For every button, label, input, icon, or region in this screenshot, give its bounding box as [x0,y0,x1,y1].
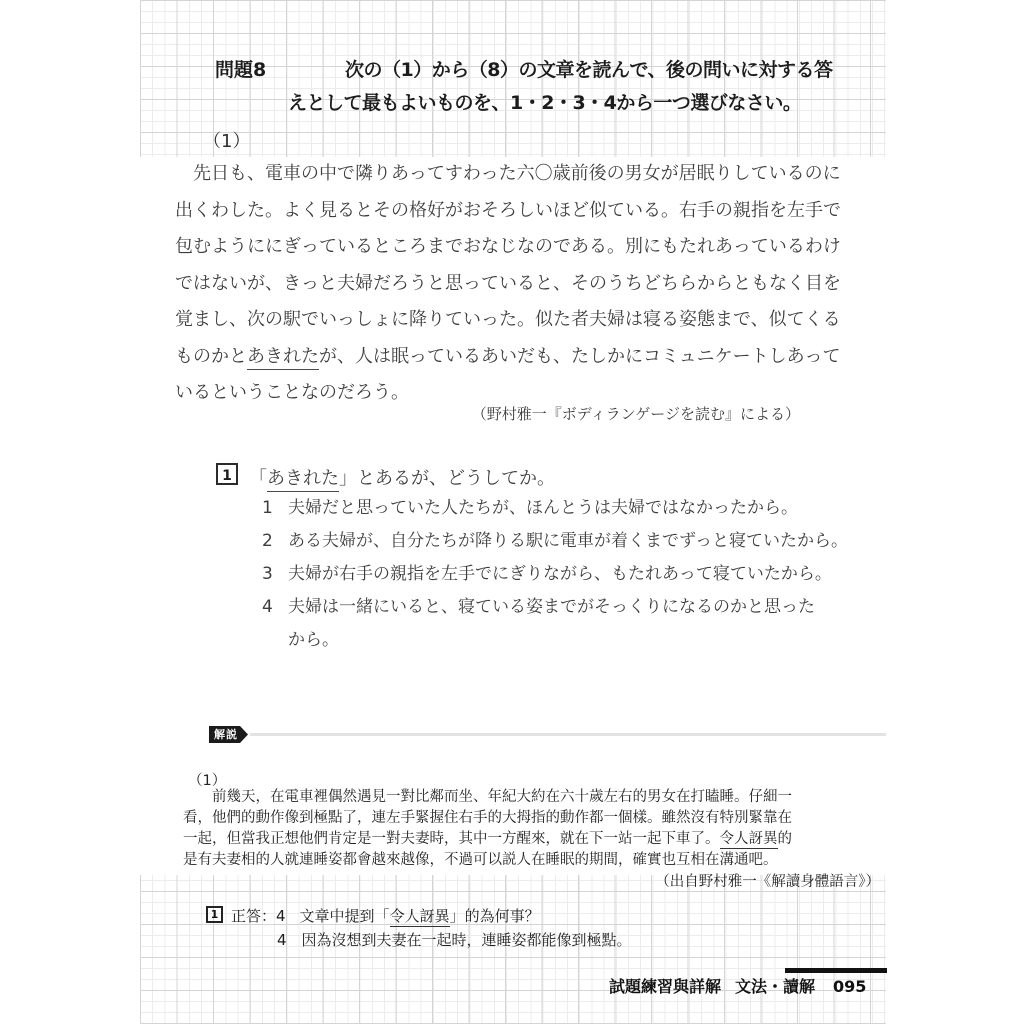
explanation-text-segment: 的 [778,831,793,847]
option-row-1: 1夫婦だと思っていた人たちが、ほんとうは夫婦ではなかったから。 [262,492,848,525]
underlined-keyword: あきれた [267,468,339,492]
textbook-page: 問題8 次の（1）から（8）の文章を読んで、後の問いに対する答 えとして最もよい… [0,0,1024,1024]
passage-line: ではないが、きっと夫婦だろうと思っていると、そのうちどちらからともなく目を [175,266,855,303]
correct-answer-label: 正答：4 [231,907,286,925]
option-number: 3 [262,558,288,591]
explanation-text-segment: 一起，但當我正想他們肯定是一對夫妻時，其中一方醒來，就在下一站一起下車了。 [183,831,720,847]
option-number: 2 [262,525,288,558]
option-text: ある夫婦が、自分たちが降りる駅に電車が着くまでずっと寝ていたから。 [288,531,848,551]
explanation-attribution: （出自野村雅一《解讀身體語言》） [655,870,880,891]
passage-text: ものかと [175,346,247,367]
instruction-line-2: えとして最もよいものを、1・2・3・4から一つ選びなさい。 [288,88,801,115]
passage-section-label: （1） [203,127,250,153]
option-4-continuation: から。 [262,624,848,657]
passage-line: 包むようににぎっているところまでおなじなのである。別にもたれあっているわけ [175,229,855,266]
explanation-line: 前幾天，在電車裡偶然遇見一對比鄰而坐、年紀大約在六十歲左右的男女在打瞌睡。仔細一 [183,787,823,808]
passage-line: 出くわした。よく見るとその格好がおそろしいほど似ている。右手の親指を左手で [175,193,855,230]
option-row-3: 3夫婦が右手の親指を左手でにぎりながら、もたれあって寝ていたから。 [262,558,848,591]
instruction-line-1: 次の（1）から（8）の文章を読んで、後の問いに対する答 [345,55,833,82]
explanation-badge: 解説 [209,726,248,743]
option-text: 夫婦だと思っていた人たちが、ほんとうは夫婦ではなかったから。 [288,498,798,518]
passage-line: 先日も、電車の中で隣りあってすわった六〇歳前後の男女が居眠りしているのに [175,156,855,193]
answer-detail: 4 因為沒想到夫妻在一起時，連睡姿都能像到極點。 [277,929,632,950]
answer-line: 正答：4文章中提到「令人訝異」的為何事？ [231,905,540,926]
answer-options: 1夫婦だと思っていた人たちが、ほんとうは夫婦ではなかったから。 2ある夫婦が、自… [262,492,848,657]
page-edge-bar [785,968,887,973]
explanation-divider-line [250,733,886,736]
question-text: 「 [249,468,267,489]
underlined-keyword: 令人訝異 [720,831,778,849]
passage-line: 覚まし、次の駅でいっしょに降りていった。似た者夫婦は寝る姿態まで、似てくる [175,302,855,339]
explanation-line: 是有夫妻相的人就連睡姿都會越來越像，不過可以説人在睡眠的期間，確實也互相在溝通吧… [183,850,823,871]
footer-book-title: 試題練習與詳解 [609,977,721,996]
answer-question-text: 文章中提到「 [300,907,390,925]
underlined-keyword: あきれた [247,346,319,370]
answer-question-text: 」的為何事？ [450,907,540,925]
problem-number-label: 問題8 [215,55,266,82]
explanation-line: 一起，但當我正想他們肯定是一對夫妻時，其中一方醒來，就在下一站一起下車了。令人訝… [183,829,823,850]
page-footer: 試題練習與詳解文法・讀解095 [609,974,866,997]
question-text: 」とあるが、どうしてか。 [339,468,555,489]
passage-line: ものかとあきれたが、人は眠っているあいだも、たしかにコミュニケートしあって [175,339,855,376]
question-number-box: 1 [216,463,238,485]
option-row-4: 4夫婦は一緒にいると、寝ている姿までがそっくりになるのかと思った [262,591,848,624]
answer-number-box: 1 [206,906,223,923]
option-number: 1 [262,492,288,525]
option-text: 夫婦は一緒にいると、寝ている姿までがそっくりになるのかと思った [288,597,815,617]
explanation-text: 前幾天，在電車裡偶然遇見一對比鄰而坐、年紀大約在六十歲左右的男女在打瞌睡。仔細一… [183,787,823,871]
question-stem: 「あきれた」とあるが、どうしてか。 [249,464,555,490]
footer-page-number: 095 [833,977,866,996]
option-text: 夫婦が右手の親指を左手でにぎりながら、もたれあって寝ていたから。 [288,564,832,584]
footer-section-title: 文法・讀解 [735,977,815,996]
explanation-line: 看，他們的動作像到極點了，連左手緊握住右手的大拇指的動作都一個樣。雖然沒有特別緊… [183,808,823,829]
passage-attribution: （野村雅一『ボディランゲージを読む』による） [472,403,800,424]
underlined-keyword: 令人訝異 [390,907,450,927]
passage-text: が、人は眠っているあいだも、たしかにコミュニケートしあって [319,346,840,367]
option-row-2: 2ある夫婦が、自分たちが降りる駅に電車が着くまでずっと寝ていたから。 [262,525,848,558]
reading-passage: 先日も、電車の中で隣りあってすわった六〇歳前後の男女が居眠りしているのに 出くわ… [175,156,855,412]
option-number: 4 [262,591,288,624]
